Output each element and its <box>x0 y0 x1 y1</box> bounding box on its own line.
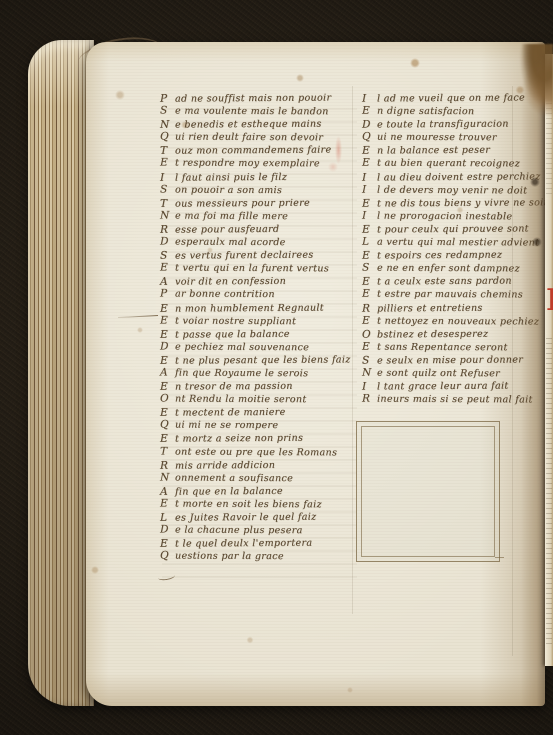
line-initial: E <box>160 302 175 315</box>
line-text: n digne satisfacion <box>377 106 474 118</box>
line-text: t pour ceulx qui prouvee sont <box>377 223 529 235</box>
manuscript-line: Nonnement a soufisance <box>160 471 365 485</box>
line-text: t le quel deulx l'emportera <box>175 538 312 550</box>
gutter-shadow <box>521 42 545 706</box>
manuscript-line: Ne ma foi ma fille mere <box>160 209 365 223</box>
manuscript-line: Son pouoir a son amis <box>160 183 365 197</box>
manuscript-line: Par bonne contrition <box>160 288 365 302</box>
line-initial: E <box>160 433 175 446</box>
text-column-right: Il ad me vueil que on me face En digne s… <box>362 92 527 406</box>
line-text: voir dit en confession <box>175 276 286 288</box>
line-initial: R <box>362 393 377 406</box>
line-text: t mortz a seize non prins <box>175 433 303 445</box>
line-text: t respondre moy exemplaire <box>175 158 320 170</box>
line-text: ouz mon commandemens faire <box>175 145 331 157</box>
line-text: t sans Repentance seront <box>377 341 508 353</box>
line-text: bstinez et desesperez <box>377 328 488 340</box>
manuscript-line: De pechiez mal souvenance <box>160 340 365 354</box>
line-text: e pechiez mal souvenance <box>175 341 309 353</box>
manuscript-line: Obstinez et desesperez <box>362 327 527 341</box>
line-initial: I <box>160 171 175 184</box>
line-text: t morte en soit les biens faiz <box>175 498 322 510</box>
manuscript-line: Et estre par mauvais chemins <box>362 288 527 302</box>
line-text: l ne prorogacion inestable <box>377 210 512 222</box>
manuscript-line: La vertu qui mal mestier advient <box>362 236 527 250</box>
line-initial: T <box>160 445 175 458</box>
manuscript-line: Afin que Royaume le serois <box>160 366 365 380</box>
line-text: ui mi ne se rompere <box>175 420 278 432</box>
line-text: t mectent de maniere <box>175 407 286 419</box>
line-text: t nettoyez en nouveaux pechiez <box>377 315 539 327</box>
red-ink-showthrough <box>335 136 342 164</box>
line-initial: E <box>362 340 377 353</box>
manuscript-page: Pad ne souffist mais non pouoir Se ma vo… <box>86 42 545 706</box>
line-text: t au bien querant recoignez <box>377 158 520 170</box>
manuscript-line: Tont este ou pre que les Romans <box>160 445 365 459</box>
line-initial: E <box>362 157 377 170</box>
line-text: ous messieurs pour priere <box>175 197 310 209</box>
line-text: n la balance est peser <box>377 145 490 157</box>
manuscript-line: Rpilliers et entretiens <box>362 301 527 315</box>
manuscript-line: Il ne prorogacion inestable <box>362 209 527 223</box>
line-text: n tresor de ma passion <box>175 381 293 393</box>
end-flourish-mark <box>158 572 176 582</box>
line-text: ineurs mais si se peut mal fait <box>377 394 533 406</box>
line-initial: E <box>160 262 175 275</box>
line-initial: P <box>160 288 175 301</box>
manuscript-line: Rineurs mais si se peut mal fait <box>362 393 527 407</box>
line-initial: I <box>362 171 377 184</box>
line-text: a vertu qui mal mestier advient <box>377 237 539 249</box>
line-text: e seulx en mise pour donner <box>377 354 523 366</box>
manuscript-line: Questions par la grace <box>160 550 365 564</box>
manuscript-line: Et voiar nostre suppliant <box>160 314 365 328</box>
manuscript-line: Afin que en la balance <box>160 484 365 499</box>
manuscript-line: Et passe que la balance <box>160 327 365 342</box>
manuscript-line: Et au bien querant recoignez <box>362 157 527 171</box>
line-text: uestions par la grace <box>175 551 284 563</box>
line-text: l au dieu doivent estre perchiez <box>377 171 541 183</box>
line-text: mis arride addicion <box>175 460 275 472</box>
line-initial: E <box>362 288 377 301</box>
manuscript-line: Il faut ainsi puis le filz <box>160 170 365 185</box>
line-initial: Q <box>160 131 175 144</box>
manuscript-line: Il ad me vueil que on me face <box>362 91 527 105</box>
line-initial: E <box>362 314 377 327</box>
margin-dash-mark <box>118 315 158 318</box>
line-initial: I <box>362 183 377 196</box>
line-text: l faut ainsi puis le filz <box>175 171 287 183</box>
manuscript-line: Il au dieu doivent estre perchiez <box>362 170 527 184</box>
line-initial: N <box>160 209 175 222</box>
line-text: t voiar nostre suppliant <box>175 315 296 327</box>
line-text: es Juites Ravoir le quel faiz <box>175 512 317 524</box>
line-text: e ma voulente mais le bandon <box>175 106 329 118</box>
manuscript-line: Et nettoyez en nouveaux pechiez <box>362 314 527 328</box>
line-initial: N <box>362 367 377 380</box>
manuscript-line: Et morte en soit les biens faiz <box>160 497 365 511</box>
line-initial: Q <box>160 419 175 432</box>
line-initial: D <box>160 235 175 248</box>
facing-page-text-lines <box>546 336 552 644</box>
manuscript-line: Il de devers moy venir ne doit <box>362 183 527 197</box>
line-text: ui ne mouresse trouver <box>377 132 497 144</box>
line-text: e la chacune plus pesera <box>175 525 303 537</box>
line-text: t ne plus pesant que les biens faiz <box>175 354 351 366</box>
rubric-initial: I <box>546 279 553 327</box>
line-text: esse pour ausfeuard <box>175 224 279 236</box>
line-initial: E <box>362 105 377 118</box>
line-text: nt Rendu la moitie seront <box>175 394 307 406</box>
line-text: t vertu qui en la furent vertus <box>175 263 329 275</box>
line-initial: S <box>160 105 175 118</box>
manuscript-line: Et ne plus pesant que les biens faiz <box>160 353 365 368</box>
line-initial: S <box>362 262 377 275</box>
miniature-frame-inner-rule <box>361 426 495 557</box>
line-initial: E <box>160 497 175 510</box>
line-text: ont este ou pre que les Romans <box>175 446 337 458</box>
line-text: l ad me vueil que on me face <box>377 92 525 104</box>
line-initial: O <box>160 393 175 406</box>
line-text: e toute la transfiguracion <box>377 119 509 131</box>
line-text: on pouoir a son amis <box>175 184 282 196</box>
line-initial: E <box>362 197 377 210</box>
page-corner-damage <box>514 44 553 116</box>
line-initial: O <box>362 328 377 341</box>
line-initial: E <box>160 314 175 327</box>
line-initial: E <box>160 157 175 170</box>
line-text: e sont quilz ont Refuser <box>377 368 500 380</box>
manuscript-line: Et sans Repentance seront <box>362 340 527 354</box>
line-text: ui rien deult faire son devoir <box>175 132 323 144</box>
line-initial: I <box>362 209 377 222</box>
line-text: fin que en la balance <box>175 486 283 498</box>
red-ink-showthrough <box>328 162 338 172</box>
line-text: es vertus furent declairees <box>175 250 314 262</box>
manuscript-line: Et ne dis tous biens y vivre ne soit <box>362 196 527 210</box>
line-text: esperaulx mal acorde <box>175 237 286 249</box>
manuscript-line: Et espoirs ces redampnez <box>362 249 527 263</box>
manuscript-line: En mon humblement Regnault <box>160 301 365 316</box>
line-text: l de devers moy venir ne doit <box>377 184 527 196</box>
line-text: l tant grace leur aura fait <box>377 381 509 393</box>
manuscript-line: Et pour ceulx qui prouvee sont <box>362 222 527 236</box>
line-initial: Q <box>160 550 175 563</box>
line-initial: S <box>160 183 175 196</box>
line-text: t espoirs ces redampnez <box>377 250 502 262</box>
line-initial: L <box>362 236 377 249</box>
line-text: e benedis et estheque mains <box>175 119 322 131</box>
line-text: n mon humblement Regnault <box>175 302 324 314</box>
empty-miniature-frame <box>356 421 500 562</box>
line-initial: R <box>160 459 175 472</box>
manuscript-line: Tous messieurs pour priere <box>160 196 365 211</box>
line-initial: R <box>362 302 377 315</box>
line-text: ad ne souffist mais non pouoir <box>175 93 331 105</box>
line-text: ar bonne contrition <box>175 289 275 301</box>
line-initial: S <box>362 354 377 367</box>
line-text: e ne en enfer sont dampnez <box>377 263 520 275</box>
manuscript-line: Rmis arride addicion <box>160 458 365 473</box>
line-initial: D <box>160 340 175 353</box>
line-text: fin que Royaume le serois <box>175 368 308 380</box>
photo-backdrop: Pad ne souffist mais non pouoir Se ma vo… <box>0 0 553 735</box>
line-text: t passe que la balance <box>175 328 290 340</box>
line-text: e ma foi ma fille mere <box>175 210 288 222</box>
line-text: onnement a soufisance <box>175 472 293 484</box>
manuscript-line: Se seulx en mise pour donner <box>362 353 527 367</box>
book-fore-edge-leaves <box>28 40 94 706</box>
line-initial: Q <box>362 131 377 144</box>
line-text: t a ceulx este sans pardon <box>377 276 512 288</box>
line-initial: A <box>160 366 175 379</box>
manuscript-line: Resse pour ausfeuard <box>160 222 365 237</box>
line-text: t estre par mauvais chemins <box>377 289 523 301</box>
manuscript-line: Ne sont quilz ont Refuser <box>362 367 527 381</box>
manuscript-line: Il tant grace leur aura fait <box>362 379 527 393</box>
line-initial: N <box>160 471 175 484</box>
manuscript-line: Et mortz a seize non prins <box>160 432 365 447</box>
facing-page-edge: I <box>545 54 553 666</box>
line-text: pilliers et entretiens <box>377 302 483 314</box>
manuscript-line: En digne satisfacion <box>362 105 527 119</box>
line-initial: D <box>160 524 175 537</box>
